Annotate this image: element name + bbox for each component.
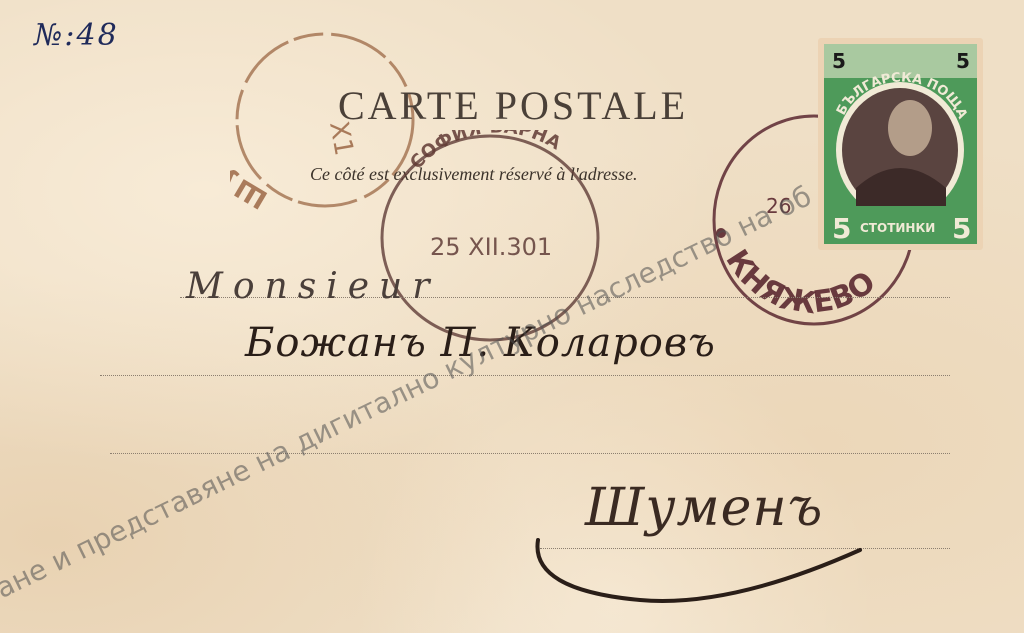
address-line-3 bbox=[110, 453, 950, 454]
svg-text:СТОТИНКИ: СТОТИНКИ bbox=[860, 221, 935, 235]
svg-text:5: 5 bbox=[952, 212, 971, 245]
svg-text:5: 5 bbox=[832, 49, 846, 73]
svg-text:25 XII.301: 25 XII.301 bbox=[430, 233, 552, 261]
svg-text:5: 5 bbox=[832, 212, 851, 245]
address-line-2 bbox=[100, 375, 950, 376]
svg-text:КНЯЖЕВО: КНЯЖЕВО bbox=[719, 244, 882, 322]
card-title: CARTE POSTALE bbox=[338, 82, 688, 129]
svg-text:СОФИЯ-ВАРНА: СОФИЯ-ВАРНА bbox=[406, 130, 564, 173]
address-salutation: Monsieur bbox=[186, 266, 439, 307]
svg-text:5: 5 bbox=[956, 49, 970, 73]
svg-text:ШУМЕНЪ: ШУМЕНЪ bbox=[230, 68, 273, 213]
collection-number: №:48 bbox=[34, 18, 119, 53]
underline-flourish bbox=[530, 530, 870, 620]
address-city: Шуменъ bbox=[585, 478, 823, 538]
postage-stamp: 5 5 БЪЛГАРСКА ПОЩА 5 5 СТОТИНКИ bbox=[818, 38, 983, 250]
